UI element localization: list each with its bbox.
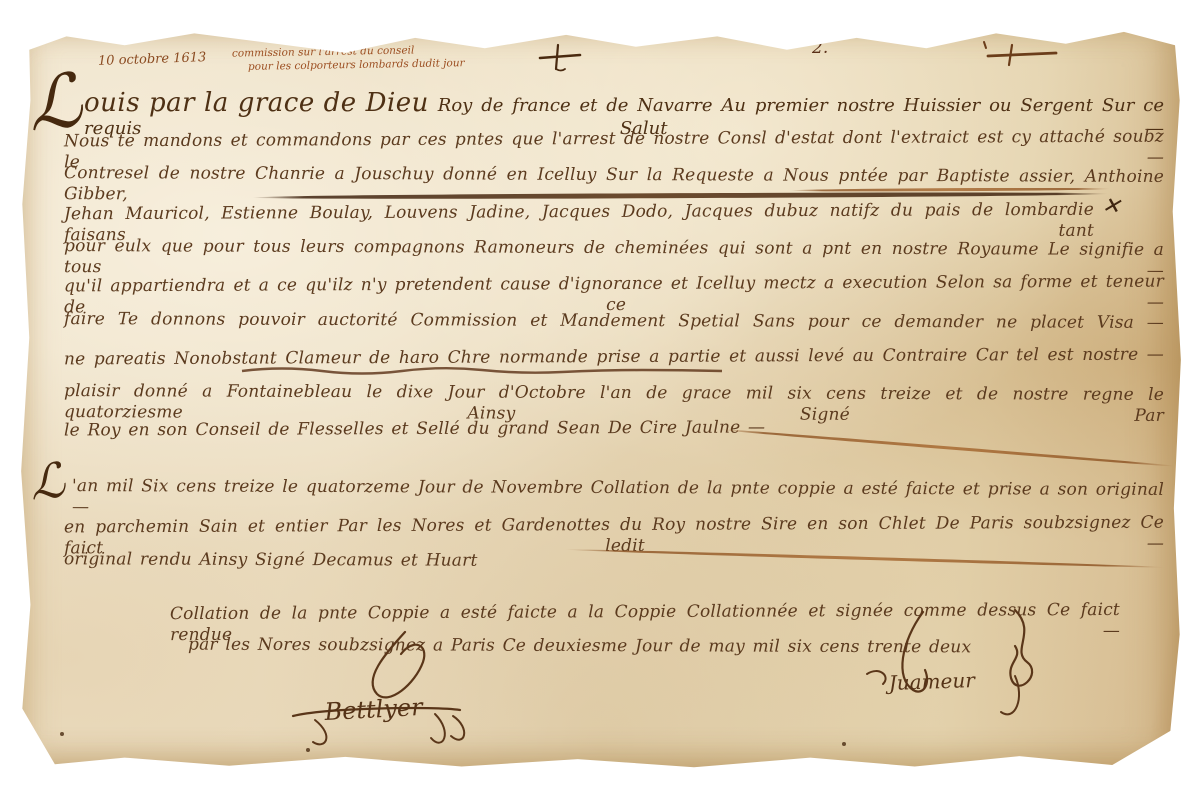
page-number: 2. bbox=[812, 38, 828, 58]
signature-right-name: Juameur bbox=[884, 668, 976, 695]
body-line: faire Te donnons pouvoir auctorité Commi… bbox=[64, 309, 1164, 334]
ink-dot bbox=[60, 732, 64, 736]
x-mark-icon: ✕ bbox=[1100, 193, 1122, 220]
ink-dot bbox=[842, 742, 846, 746]
parchment-sheet: 10 octobre 1613 commission sur l'arrest … bbox=[20, 26, 1182, 768]
cross-mark-icon bbox=[536, 42, 584, 72]
ink-dot bbox=[306, 748, 310, 752]
signature-left-name: Bettlyer bbox=[323, 693, 425, 726]
photo-background: { "annotations": { "date_note": "10 octo… bbox=[0, 0, 1200, 800]
signature-left: Bettlyer bbox=[285, 624, 515, 759]
signature-paraph-icon bbox=[373, 632, 425, 697]
signature-right: Juameur bbox=[865, 606, 1075, 736]
diagonal-filler-stroke bbox=[720, 428, 1174, 467]
wavy-underline-stroke bbox=[242, 364, 722, 376]
cross-mark-icon bbox=[982, 40, 1062, 70]
drop-cap-initial: ℒ bbox=[28, 456, 67, 507]
body-line: le Roy en son Conseil de Flesselles et S… bbox=[64, 417, 765, 441]
margin-commission-note-line2: pour les colporteurs lombards dudit jour bbox=[248, 57, 465, 74]
opening-large-text: ouis par la grace de Dieu bbox=[84, 88, 429, 118]
collation-1613-line: original rendu Ainsy Signé Decamus et Hu… bbox=[64, 549, 478, 572]
margin-date-note: 10 octobre 1613 bbox=[98, 50, 207, 69]
